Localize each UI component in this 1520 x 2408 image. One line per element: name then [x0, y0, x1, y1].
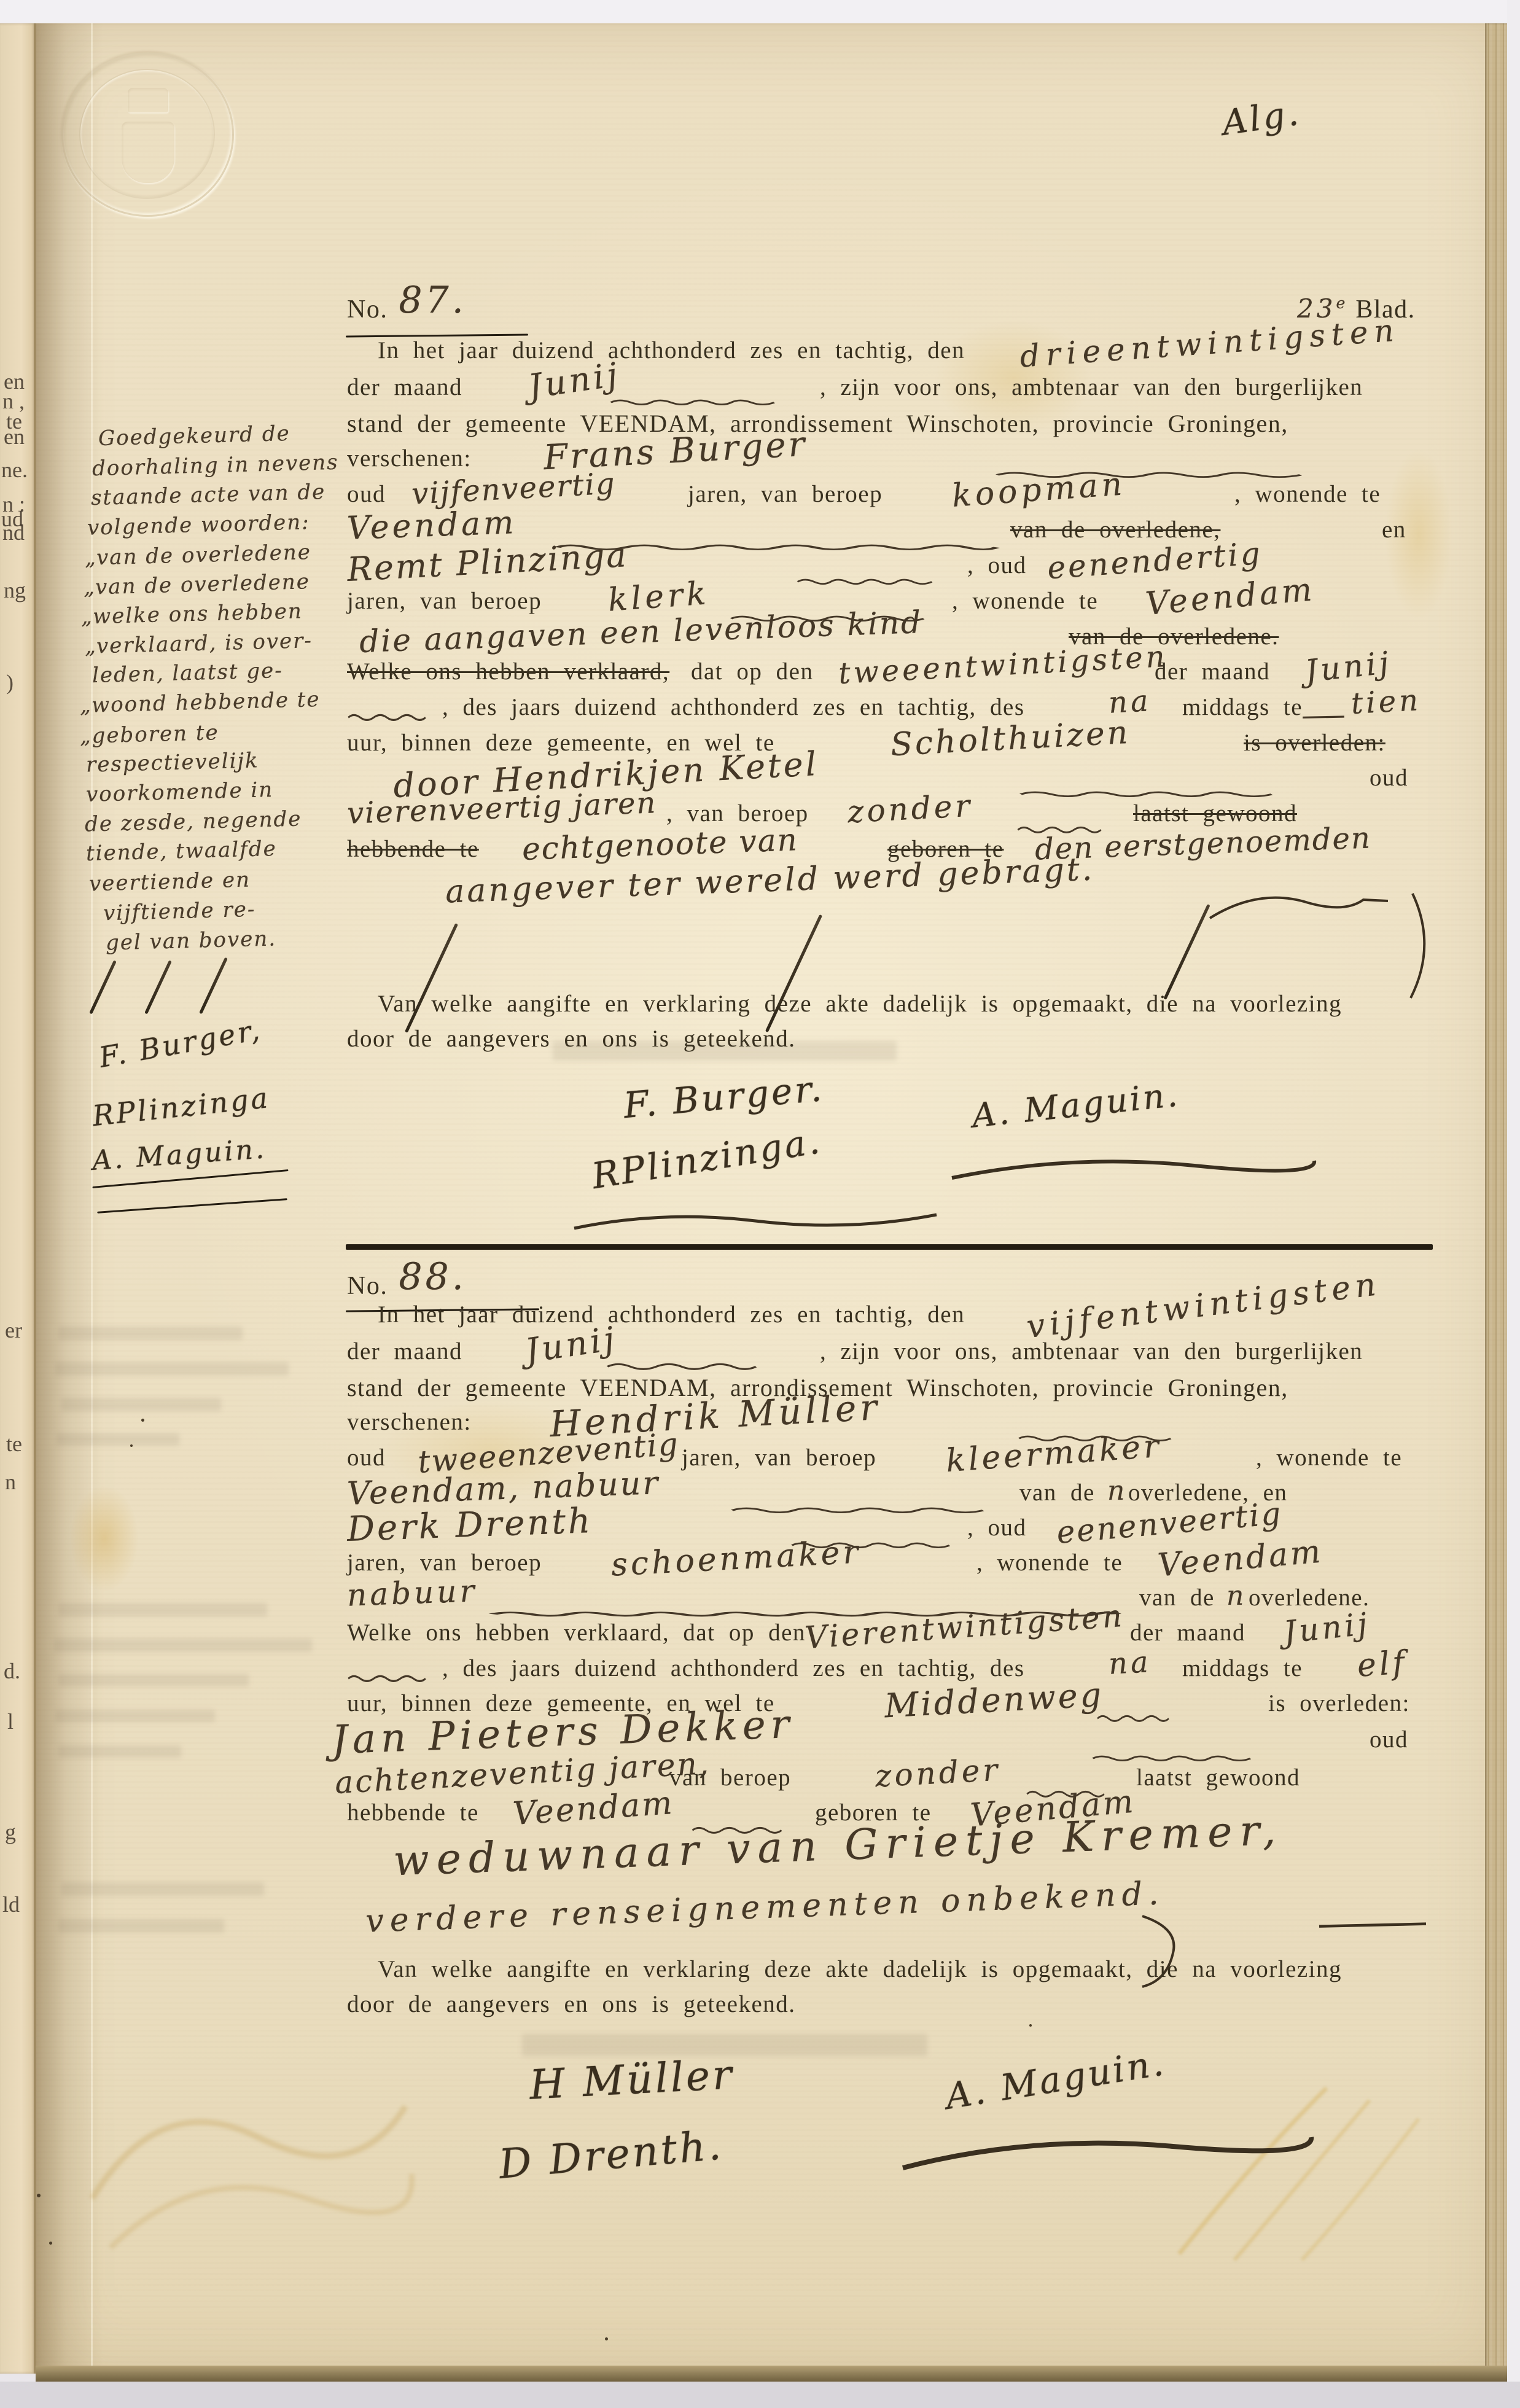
printed-text: en	[1382, 516, 1406, 544]
printed-text: stand der gemeente VEENDAM, arrondisseme…	[347, 409, 1288, 438]
pen-flourish	[795, 576, 937, 586]
printed-text: is overleden:	[1268, 1689, 1410, 1717]
printed-text: jaren, van beroep	[688, 480, 883, 508]
printed-text: der maand	[347, 373, 462, 401]
handwritten-text: zonder	[875, 1752, 1002, 1794]
printed-text: Welke ons hebben verklaard, dat op den	[347, 1619, 806, 1646]
embossed-seal-icon	[61, 52, 234, 217]
bleedthrough	[57, 1433, 179, 1446]
act-divider-rule	[346, 1244, 1433, 1250]
stain	[71, 1486, 138, 1591]
printed-text: In het jaar duizend achthonderd zes en t…	[378, 337, 965, 364]
printed-text: oud	[1370, 764, 1408, 792]
pen-flourish	[1096, 1713, 1170, 1723]
printed-text: middags te	[1182, 1654, 1303, 1682]
printed-text: , des jaars duizend achthonderd zes en t…	[442, 1654, 1025, 1682]
printed-text: hebbende te	[347, 1799, 479, 1826]
speck	[141, 1419, 144, 1422]
pen-flourish	[605, 1361, 758, 1371]
pen-dash	[1317, 1920, 1428, 1930]
printed-text: In het jaar duizend achthonderd zes en t…	[378, 1301, 965, 1328]
handwritten-text: tien	[1350, 683, 1422, 721]
scanner-background-right	[1507, 0, 1520, 2408]
printed-text: der maand	[1130, 1619, 1245, 1646]
fragment: te	[6, 1431, 22, 1457]
printed-text: , wonende te	[1256, 1444, 1402, 1471]
printed-text: verschenen:	[347, 445, 472, 472]
act88-line-3: stand der gemeente VEENDAM, arrondisseme…	[347, 1373, 1437, 1411]
margin-note-line: leden, laatst ge-	[92, 658, 284, 688]
pen-flourish	[347, 712, 427, 722]
printed-text: Van welke aangifte en verklaring deze ak…	[378, 1955, 1342, 1983]
act88-line-16: weduwnaar van Grietje Kremer,	[347, 1839, 1437, 1877]
act87-number: No. 87.	[347, 284, 467, 327]
printed-text-struck: laatst gewoond	[1133, 800, 1297, 827]
speck	[130, 1444, 133, 1447]
act87-line-10: Welke ons hebben verklaard, dat op den t…	[347, 658, 1437, 696]
printed-text: , oud	[967, 551, 1027, 579]
printed-text: Van welke aangifte en verklaring deze ak…	[378, 990, 1342, 1018]
act88-line-17: verdere renseignementen onbekend.	[347, 1898, 1437, 1936]
pen-flourish	[1016, 789, 1280, 798]
margin-note-line: Goedgekeurd de	[98, 421, 291, 451]
seal-crown	[128, 88, 168, 112]
page-stack-edge-right	[1485, 23, 1507, 2382]
bleedthrough	[55, 1362, 289, 1376]
bleedthrough	[61, 1882, 264, 1896]
printed-text: , wonende te	[976, 1549, 1123, 1576]
previous-page-edge-line	[34, 23, 36, 2374]
act88-closing-1: Van welke aangifte en verklaring deze ak…	[347, 1955, 1437, 1993]
printed-text: oud	[347, 480, 386, 508]
handwritten-text: Veendam	[346, 504, 517, 547]
closing-flourish	[1204, 875, 1400, 937]
margin-note-line: tiende, twaalfde	[86, 836, 278, 866]
printed-text: jaren, van beroep	[347, 1549, 542, 1576]
speck	[605, 2337, 608, 2340]
act88-number: No. 88.	[347, 1260, 467, 1303]
fragment: nd	[2, 520, 25, 545]
act88-line-10: Welke ons hebben verklaard, dat op den V…	[347, 1619, 1437, 1657]
printed-text: van beroep	[669, 1764, 791, 1791]
act88-number-value: 88.	[399, 1255, 466, 1298]
signature-underline	[949, 1147, 1317, 1184]
printed-text: , zijn voor ons, ambtenaar van den burge…	[820, 1338, 1363, 1365]
printed-text: , des jaars duizend achthonderd zes en t…	[442, 693, 1025, 721]
fragment: ne.	[1, 457, 28, 483]
printed-text: laatst gewoond	[1136, 1764, 1300, 1791]
handwritten-insert-n: n	[1226, 1580, 1247, 1611]
printed-text: door de aangevers en ons is geteekend.	[347, 1025, 796, 1053]
margin-note-line: gel van boven.	[106, 926, 277, 955]
fragment: en	[4, 424, 25, 450]
printed-text-struck: van de overledene,	[1010, 516, 1220, 544]
handwritten-text: nabuur	[346, 1573, 478, 1613]
bleedthrough	[61, 1398, 221, 1411]
printed-text-struck: is overleden:	[1244, 729, 1386, 757]
printed-text: , wonende te	[952, 587, 1098, 615]
bleedthrough	[58, 1919, 224, 1933]
bleedthrough	[58, 1674, 249, 1686]
printed-text: door de aangevers en ons is geteekend.	[347, 1990, 796, 2018]
handwritten-text: na	[1108, 1645, 1152, 1681]
printed-text: jaren, van beroep	[347, 587, 542, 615]
handwritten-text: zonder	[847, 788, 974, 830]
fragment: n	[5, 1469, 16, 1495]
document-scan: { "paraaf": "Alg.", "blad": { "num": "23…	[0, 0, 1520, 2408]
act88-line-1: In het jaar duizend achthonderd zes en t…	[347, 1301, 1437, 1339]
bleedthrough	[58, 1603, 267, 1616]
act87-closing-1: Van welke aangifte en verklaring deze ak…	[347, 990, 1437, 1028]
printed-text: van de	[1139, 1584, 1215, 1611]
fragment: l	[7, 1709, 14, 1734]
margin-note-line: respectievelijk	[86, 748, 260, 777]
printed-text-struck: Welke ons hebben verklaard,	[347, 658, 669, 685]
page-stack-edge-bottom	[36, 2366, 1507, 2382]
fragment: g	[5, 1819, 16, 1845]
printed-text: der maand	[1155, 658, 1270, 685]
printed-text: , zijn voor ons, ambtenaar van den burge…	[820, 373, 1363, 401]
act87-line-11: , des jaars duizend achthonderd zes en t…	[347, 693, 1437, 731]
bleedthrough	[54, 1638, 312, 1652]
speck	[49, 2242, 52, 2245]
act87-line-1: In het jaar duizend achthonderd zes en t…	[347, 337, 1437, 375]
act88-closing-2: door de aangevers en ons is geteekend.	[347, 1990, 1437, 2028]
handwritten-text: elf	[1356, 1644, 1409, 1685]
signature-underline	[897, 2125, 1314, 2174]
ghost-signature	[74, 2014, 418, 2272]
printed-text: van de	[1019, 1479, 1095, 1506]
act87-number-label: No.	[347, 295, 388, 324]
act88-line-14: achtenzeventig jaren, van beroep zonder …	[347, 1764, 1437, 1802]
bleedthrough	[58, 1327, 243, 1340]
bleedthrough	[55, 1710, 215, 1722]
closing-paren-stroke	[1403, 890, 1440, 1001]
act88-number-label: No.	[347, 1272, 388, 1300]
scanner-background-bottom	[0, 2382, 1520, 2408]
scanner-background-top	[0, 0, 1520, 23]
act87-number-value: 87.	[399, 279, 466, 322]
pen-flourish	[1302, 712, 1345, 722]
speck	[37, 2194, 41, 2197]
act87-line-3: stand der gemeente VEENDAM, arrondisseme…	[347, 409, 1437, 447]
pen-flourish	[728, 1505, 992, 1514]
printed-text: , oud	[967, 1514, 1027, 1541]
fragment: ng	[4, 577, 26, 603]
pen-flourish	[347, 1673, 427, 1683]
act88-line-8: jaren, van beroep schoenmaker , wonende …	[347, 1549, 1437, 1587]
bleedthrough	[58, 1745, 181, 1758]
handwritten-insert-n: n	[1107, 1475, 1128, 1506]
act88-line-2: der maand Junij , zijn voor ons, ambtena…	[347, 1338, 1437, 1376]
pen-flourish	[1090, 1753, 1256, 1763]
act87-closing-2: door de aangevers en ons is geteekend.	[347, 1025, 1437, 1063]
act87-line-2: der maand Junij , zijn voor ons, ambtena…	[347, 373, 1437, 411]
fragment: er	[5, 1317, 22, 1343]
margin-note-line: vijftiende re-	[103, 897, 256, 925]
fragment: d.	[4, 1658, 20, 1684]
margin-note-line: voorkomende in	[86, 777, 274, 807]
printed-text: oud	[347, 1444, 386, 1471]
printed-text: der maand	[347, 1338, 462, 1365]
margin-note-line: „geboren te	[80, 720, 220, 749]
handwritten-name-derk-drenth: Derk Drenth	[346, 1501, 593, 1549]
printed-text-struck: hebbende te	[347, 835, 479, 863]
printed-text: middags te	[1182, 693, 1303, 721]
fragment: ld	[2, 1892, 20, 1917]
pen-flourish	[608, 397, 780, 407]
printed-text: oud	[1370, 1726, 1408, 1753]
printed-text: , wonende te	[1234, 480, 1381, 508]
printed-text: verschenen:	[347, 1408, 472, 1436]
seal-shield	[122, 122, 174, 183]
margin-note-line: veertiende en	[89, 868, 251, 897]
fragment: )	[6, 669, 14, 695]
signature-underline	[571, 1204, 940, 1234]
printed-text: jaren, van beroep	[682, 1444, 876, 1471]
printed-text: dat op den	[691, 658, 813, 685]
